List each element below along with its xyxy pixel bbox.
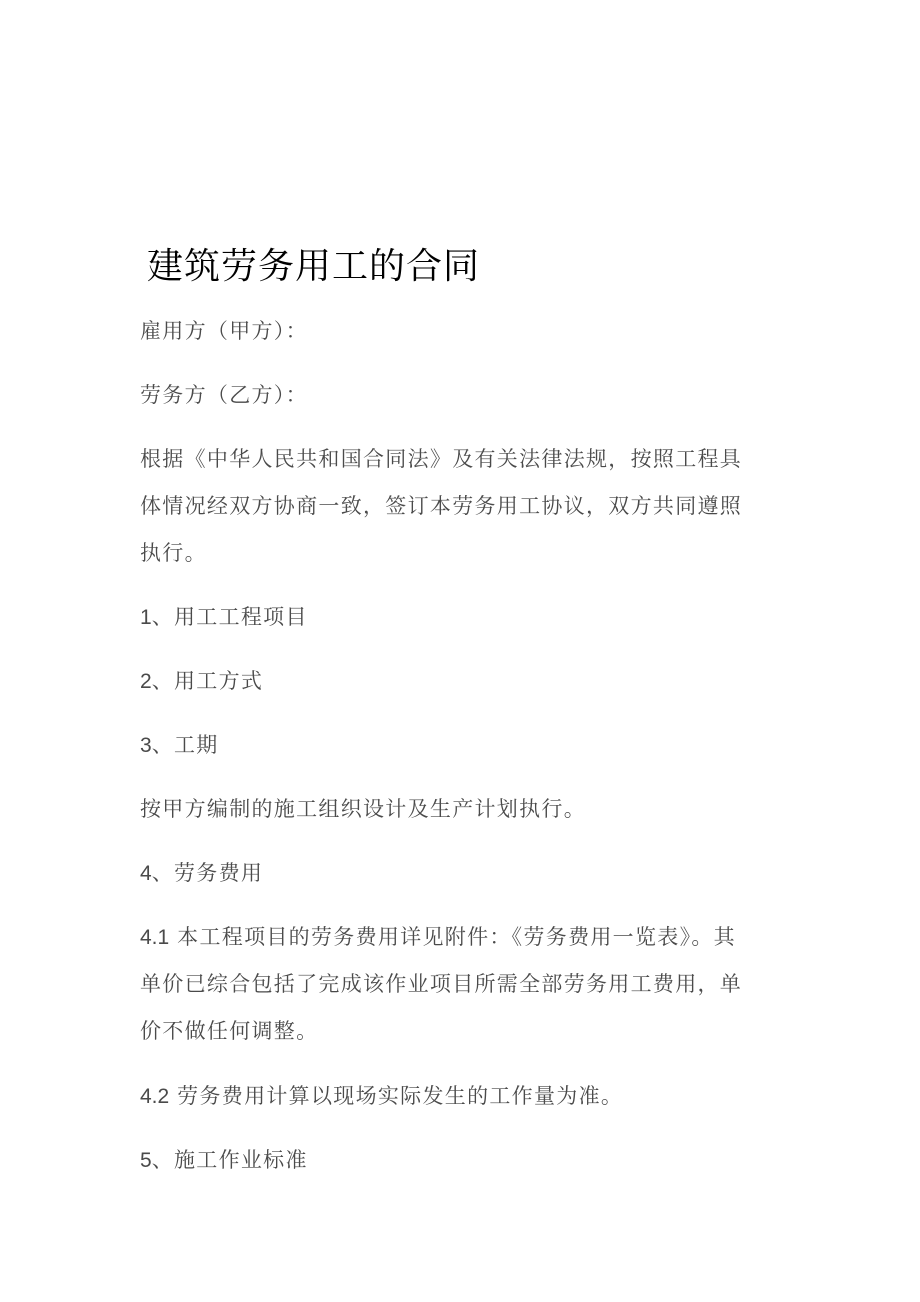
section-number: 3 xyxy=(140,734,152,757)
section-4-2-paragraph: 4.2 劳务费用计算以现场实际发生的工作量为准。 xyxy=(140,1073,780,1120)
section-4-1-line-2: 单价已综合包括了完成该作业项目所需全部劳务用工费用，单 xyxy=(140,961,780,1008)
preamble-line-3: 执行。 xyxy=(140,530,780,577)
section-label: 、用工方式 xyxy=(152,669,264,693)
preamble-paragraph: 根据《中华人民共和国合同法》及有关法律法规，按照工程具 体情况经双方协商一致，签… xyxy=(140,436,780,577)
clause-number: 4.1 xyxy=(140,926,169,949)
section-4-1-line-1: 4.1 本工程项目的劳务费用详见附件：《劳务费用一览表》。其 xyxy=(140,914,780,961)
document-page: 建筑劳务用工的合同 雇用方（甲方）： 劳务方（乙方）： 根据《中华人民共和国合同… xyxy=(0,0,920,1302)
document-title: 建筑劳务用工的合同 xyxy=(147,244,480,290)
section-2-heading: 2、用工方式 xyxy=(140,658,780,705)
section-5-heading: 5、施工作业标准 xyxy=(140,1137,780,1184)
employer-line: 雇用方（甲方）： xyxy=(140,308,780,355)
section-label: 、劳务费用 xyxy=(152,861,264,885)
section-label: 、工期 xyxy=(152,733,219,757)
preamble-line-1: 根据《中华人民共和国合同法》及有关法律法规，按照工程具 xyxy=(140,436,780,483)
section-4-1-paragraph: 4.1 本工程项目的劳务费用详见附件：《劳务费用一览表》。其 单价已综合包括了完… xyxy=(140,914,780,1055)
clause-number: 4.2 xyxy=(140,1085,169,1108)
section-1-heading: 1、用工工程项目 xyxy=(140,594,780,641)
section-number: 5 xyxy=(140,1149,152,1172)
section-label: 、施工作业标准 xyxy=(152,1148,308,1172)
section-number: 2 xyxy=(140,670,152,693)
clause-text: 本工程项目的劳务费用详见附件：《劳务费用一览表》。其 xyxy=(169,925,736,949)
clause-text: 劳务费用计算以现场实际发生的工作量为准。 xyxy=(169,1084,623,1108)
laborer-line: 劳务方（乙方）： xyxy=(140,372,780,419)
section-label: 、用工工程项目 xyxy=(152,605,308,629)
section-number: 4 xyxy=(140,862,152,885)
section-4-heading: 4、劳务费用 xyxy=(140,850,780,897)
section-3-body: 按甲方编制的施工组织设计及生产计划执行。 xyxy=(140,786,780,833)
preamble-line-2: 体情况经双方协商一致，签订本劳务用工协议，双方共同遵照 xyxy=(140,483,780,530)
section-3-heading: 3、工期 xyxy=(140,722,780,769)
section-number: 1 xyxy=(140,606,152,629)
section-4-1-line-3: 价不做任何调整。 xyxy=(140,1008,780,1055)
